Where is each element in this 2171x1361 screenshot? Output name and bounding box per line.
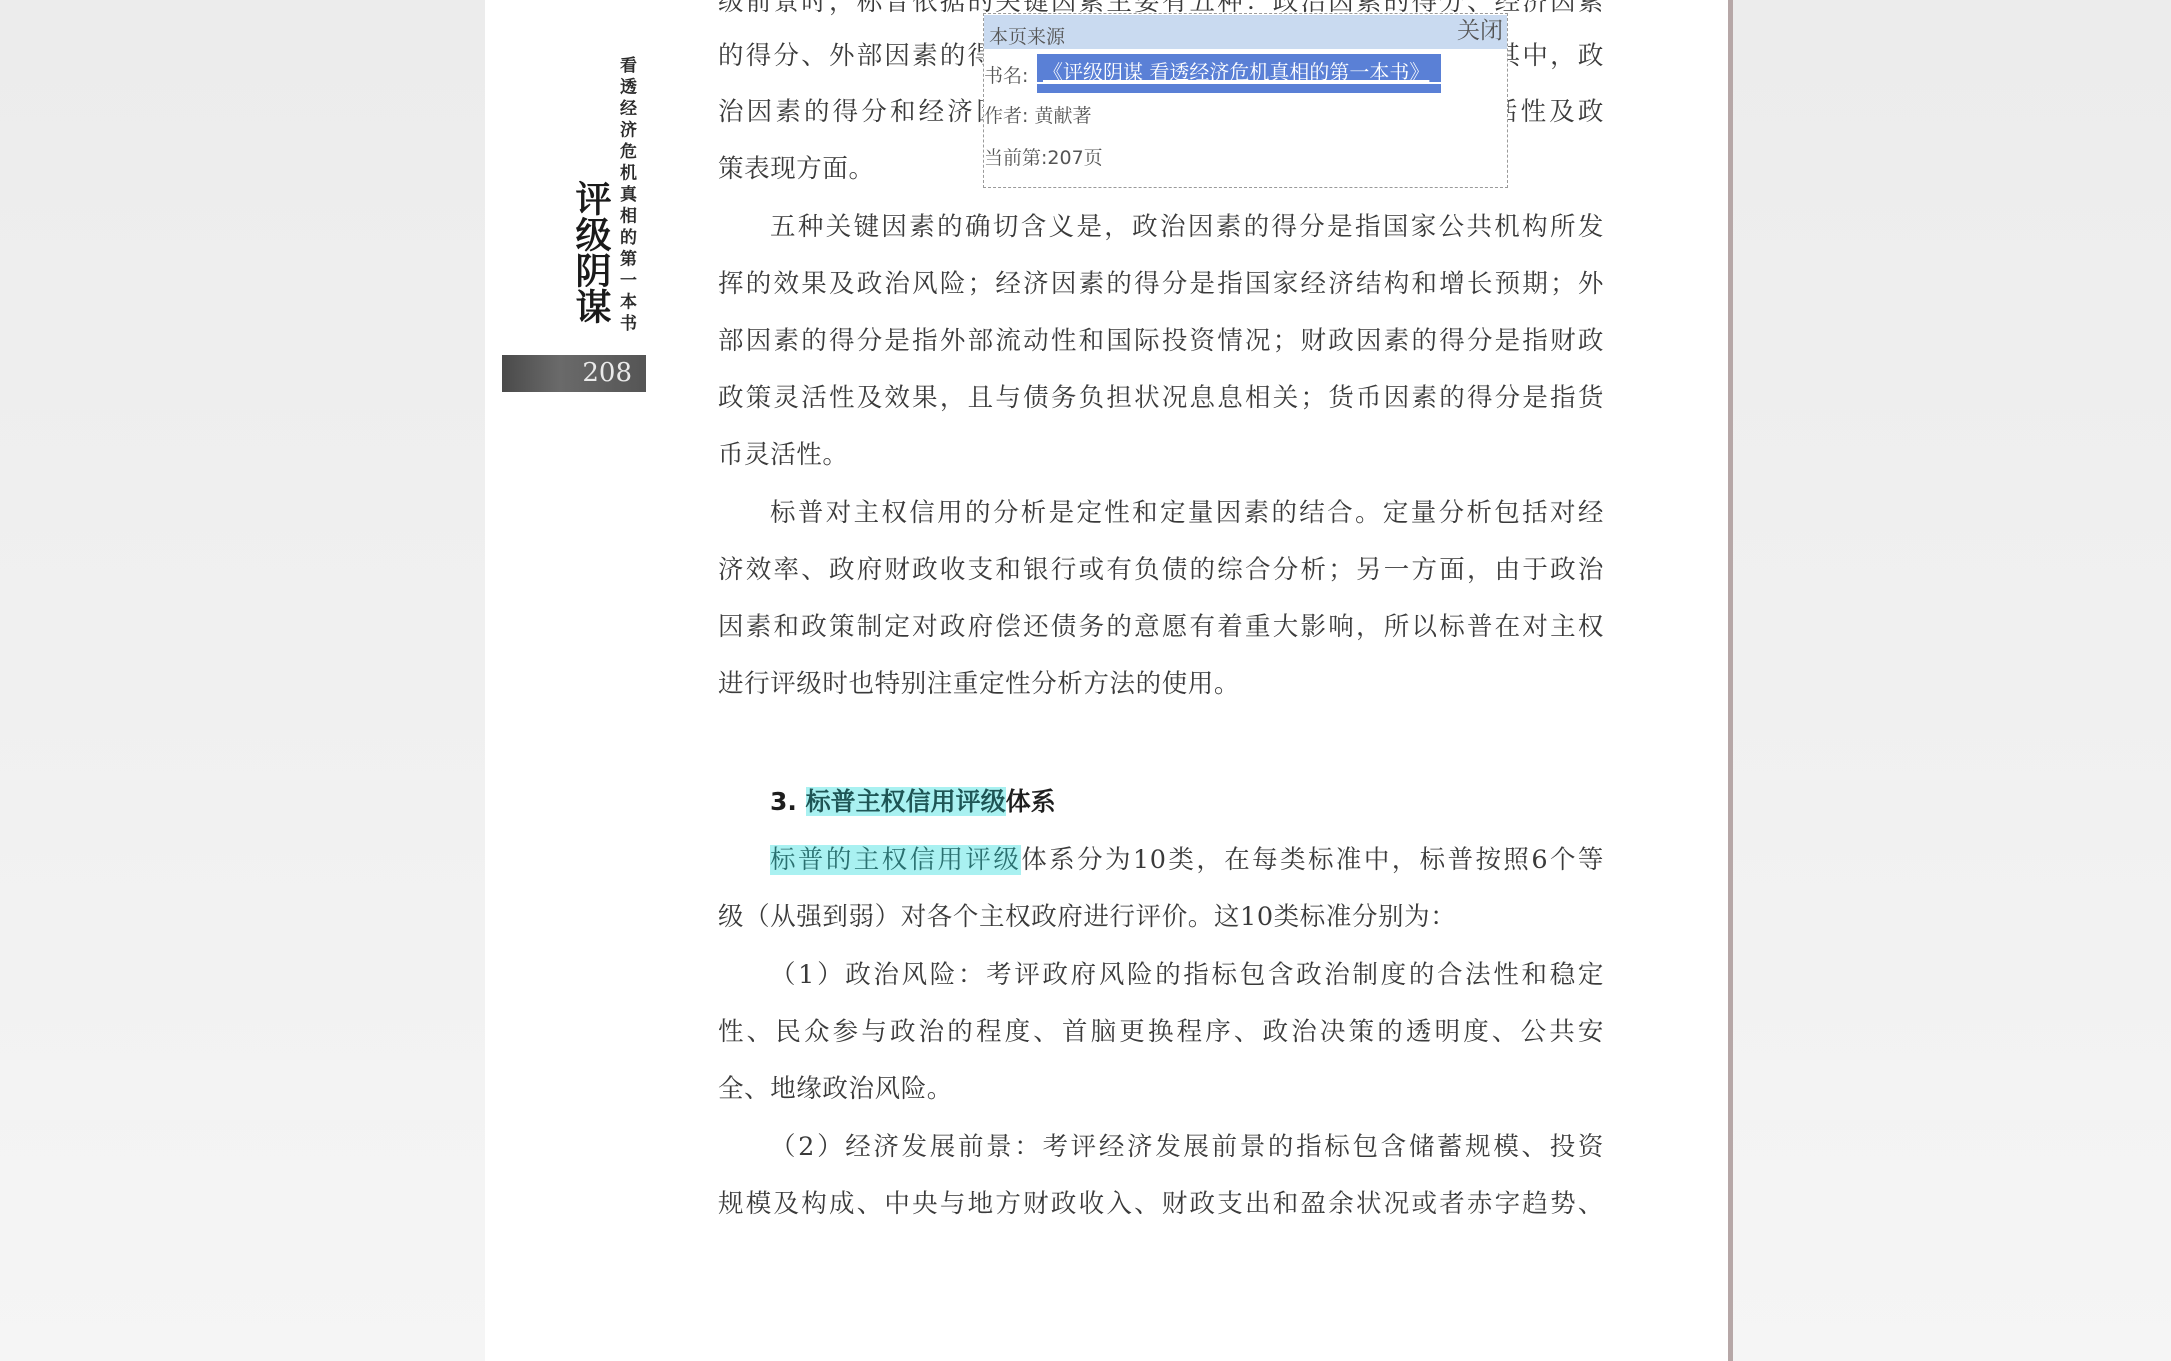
text-line: 级（从强到弱）对各个主权政府进行评价。这10类标准分别为： (718, 897, 1456, 937)
text-line: 政策灵活性及效果，且与债务负担状况息息相关；货币因素的得分是指货 (718, 378, 1604, 418)
author-row: 作者: 黄献著 (984, 104, 1091, 128)
text-line: 因素和政策制定对政府偿还债务的意愿有着重大影响，所以标普在对主权 (718, 607, 1604, 647)
margin-book-title: 评级阴谋 看透经济危机真相的第一本书 (570, 50, 650, 350)
text-line: 规模及构成、中央与地方财政收入、财政支出和盈余状况或者赤字趋势、 (718, 1184, 1604, 1224)
popup-header: 本页来源 关闭 (984, 15, 1507, 49)
text-line: 标普的主权信用评级体系分为10类，在每类标准中，标普按照6个等 (770, 840, 1604, 880)
margin-title-sub: 看透经济危机真相的第一本书 (614, 56, 636, 336)
text-line: 济效率、政府财政收支和银行或有负债的综合分析；另一方面，由于政治 (718, 550, 1604, 590)
popup-title: 本页来源 (989, 25, 1065, 49)
text-line: （2）经济发展前景：考评经济发展前景的指标包含储蓄规模、投资 (770, 1127, 1604, 1167)
section-heading: 3. 标普主权信用评级体系 (770, 782, 1056, 822)
text-line: （1）政治风险：考评政府风险的指标包含政治制度的合法性和稳定 (770, 955, 1604, 995)
author-value: 黄献著 (1034, 105, 1091, 127)
page-number-badge: 208 (502, 355, 646, 392)
text-line: 部因素的得分是指外部流动性和国际投资情况；财政因素的得分是指财政 (718, 321, 1604, 361)
author-label: 作者: (984, 105, 1034, 127)
book-name-row: 书名: 《评级阴谋 看透经济危机真相的第一本书》 (984, 64, 1028, 88)
text-line: 标普对主权信用的分析是定性和定量因素的结合。定量分析包括对经 (770, 493, 1604, 533)
book-name-link[interactable]: 《评级阴谋 看透经济危机真相的第一本书》 (1037, 54, 1441, 93)
text-line: 全、地缘政治风险。 (718, 1069, 953, 1109)
book-name-label: 书名: (984, 65, 1028, 87)
page-source-popup: 本页来源 关闭 书名: 《评级阴谋 看透经济危机真相的第一本书》 作者: 黄献著… (983, 13, 1508, 188)
text-line: 五种关键因素的确切含义是，政治因素的得分是指国家公共机构所发 (770, 207, 1604, 247)
text-span: 体系分为10类，在每类标准中，标普按照6个等 (1021, 845, 1604, 875)
close-button[interactable]: 关闭 (1457, 17, 1503, 45)
search-highlight: 标普的主权信用评级 (770, 845, 1021, 875)
search-highlight: 标普主权信用评级 (806, 787, 1006, 816)
current-page-text: 当前第:207页 (984, 146, 1103, 170)
text-line: 性、民众参与政治的程度、首脑更换程序、政治决策的透明度、公共安 (718, 1012, 1604, 1052)
text-line: 币灵活性。 (718, 435, 849, 475)
text-line: 挥的效果及政治风险；经济因素的得分是指国家经济结构和增长预期；外 (718, 264, 1604, 304)
page-edge-border (1728, 0, 1733, 1361)
heading-number: 3. (770, 787, 806, 816)
text-line: 策表现方面。 (718, 149, 875, 189)
text-line: 进行评级时也特别注重定性分析方法的使用。 (718, 664, 1240, 704)
heading-rest: 体系 (1006, 787, 1056, 816)
margin-title-main: 评级阴谋 (570, 180, 610, 324)
